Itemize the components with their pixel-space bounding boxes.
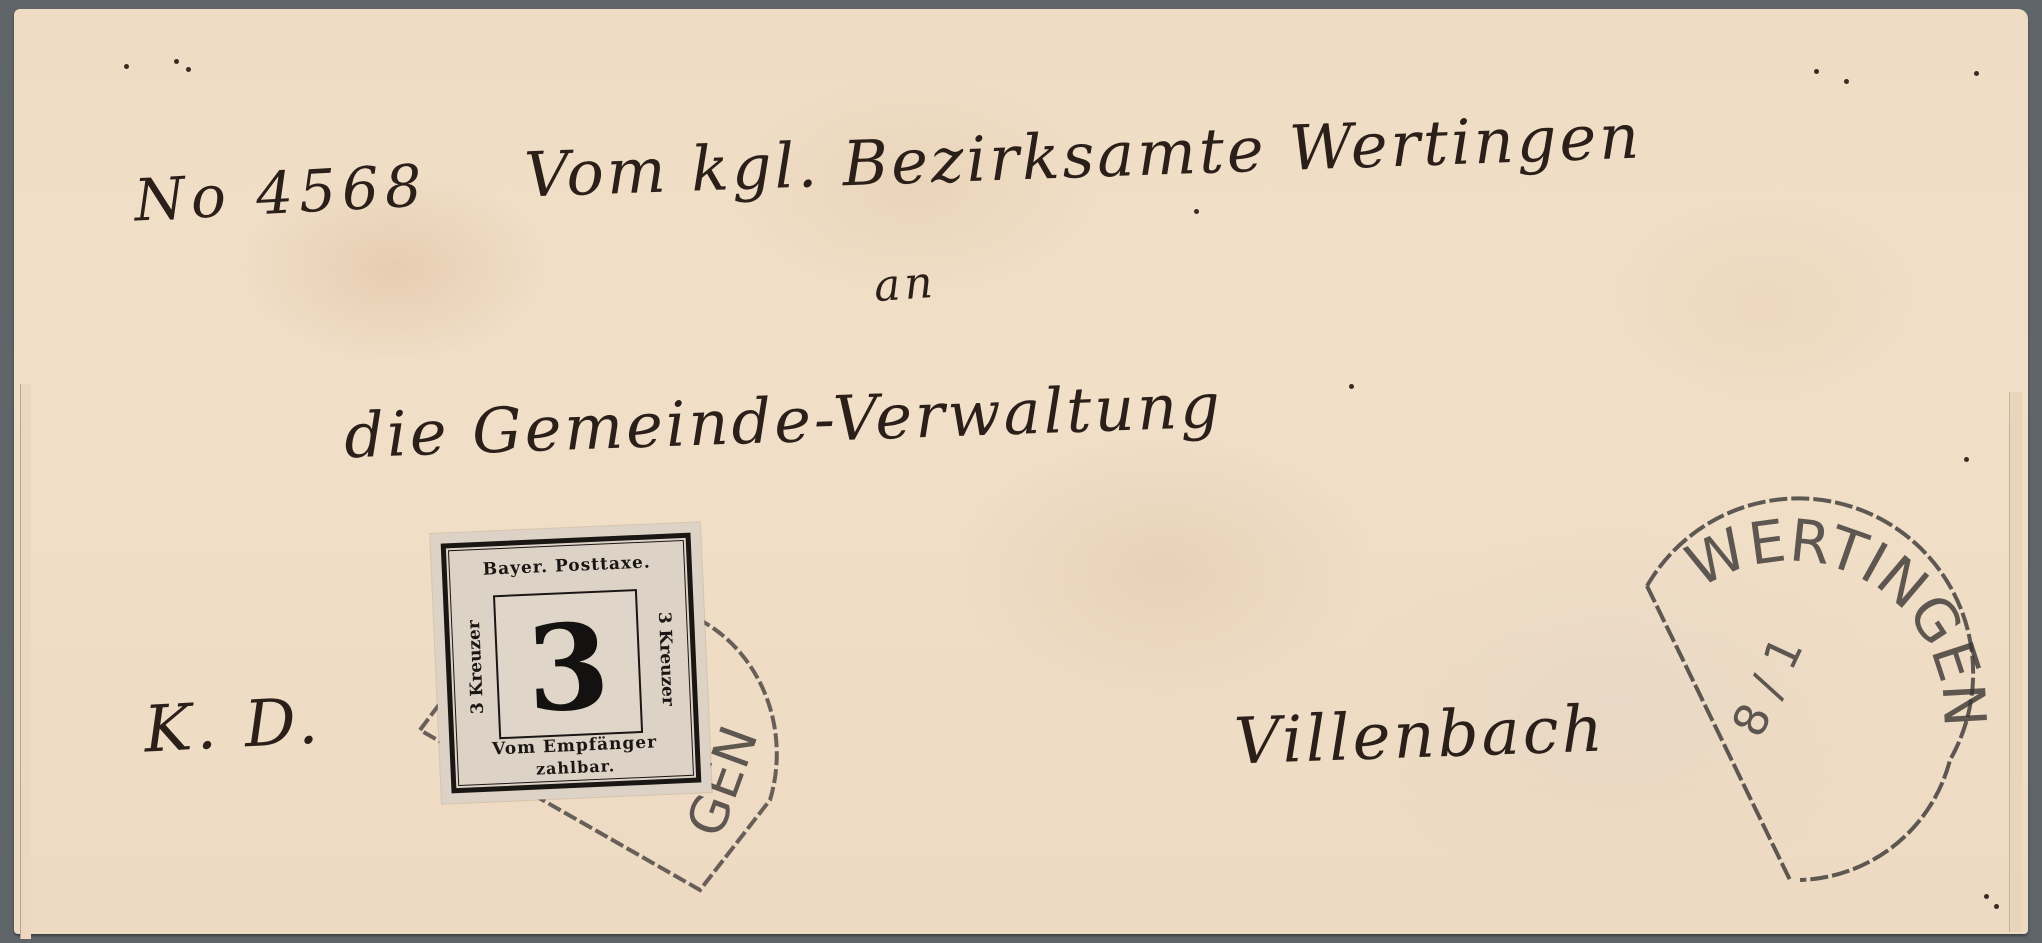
paper-speck	[1194, 209, 1199, 214]
paper-speck	[1349, 384, 1354, 389]
stamp-left-text: 3 Kreuzer	[464, 620, 488, 715]
paper-speck	[1964, 457, 1969, 462]
service-mark: K. D.	[142, 684, 324, 767]
envelope-flap-edge-right	[2009, 392, 2022, 932]
paper-speck	[186, 67, 191, 72]
envelope-flap-edge-left	[20, 384, 31, 939]
reference-number: No 4568	[132, 151, 429, 234]
destination-place: Villenbach	[1233, 693, 1607, 780]
stamp-value: 3	[495, 595, 641, 740]
envelope: No 4568 Vom kgl. Bezirksamte Wertingen a…	[14, 9, 2028, 934]
paper-speck	[174, 59, 179, 64]
address-connector: an	[872, 257, 938, 312]
stamp-right-text: 3 Kreuzer	[654, 611, 678, 706]
paper-speck	[1984, 894, 1989, 899]
paper-speck	[1844, 79, 1849, 84]
paper-speck	[1994, 904, 1999, 909]
paper-speck	[1814, 69, 1819, 74]
stamp-value-box: 3	[493, 589, 643, 739]
paper-speck	[1974, 71, 1979, 76]
paper-speck	[124, 64, 129, 69]
sender-line: Vom kgl. Bezirksamte Wertingen	[523, 100, 1643, 212]
recipient-line: die Gemeinde-Verwaltung	[343, 369, 1224, 473]
postage-due-stamp: Bayer. Posttaxe. 3 Kreuzer 3 Kreuzer 3 V…	[430, 522, 712, 804]
